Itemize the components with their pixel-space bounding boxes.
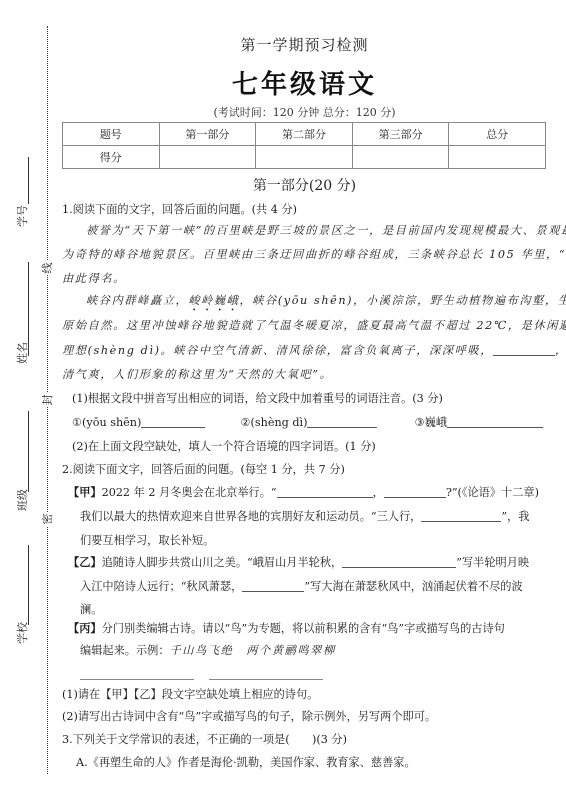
q2-bing-text: 分门别类编辑古诗。请以“鸟”为专题，将以前积累的含有“鸟”字或描写鸟的古诗句: [102, 622, 505, 635]
score-table-header-row: 题号 第一部分 第二部分 第三部分 总分: [63, 123, 546, 146]
score-header-cell: 总分: [449, 123, 546, 146]
q1-para2-text: ，令人神: [555, 344, 566, 357]
q3-option-a: A.《再塑生命的人》作者是海伦·凯勒，美国作家、教育家、慈善家。: [62, 756, 416, 770]
q1-para2-text: ，峡谷(yōu shēn)，小溪淙淙，野生动植物遍布沟壑，生态环境: [239, 294, 566, 307]
class-label: 班级: [16, 485, 30, 515]
q2-bing-example: 千山鸟飞绝 两个黄鹂鸣翠柳: [170, 644, 336, 657]
q2-bing-tag: 【丙】: [68, 622, 102, 635]
q1-item1-blank[interactable]: [141, 418, 205, 428]
school-label: 学校: [16, 618, 30, 648]
q2-jia-line2: 我们以最大的热情欢迎来自世界各地的宾朋好友和运动员。“三人行，”，我: [62, 510, 529, 524]
q2-jia-blank2[interactable]: [384, 488, 446, 498]
section-title: 第一部分(20 分): [62, 175, 547, 195]
q2-yi-text: ”写大海在萧瑟秋风中，汹涌起伏着不尽的波: [304, 580, 522, 593]
exam-title: 七年级语文: [62, 64, 547, 101]
q1-prompt: 1.阅读下面的文字，回答后面的问题。(共 4 分): [62, 203, 297, 217]
q2-jia-line3: 们要互相学习，取长补短。: [62, 534, 214, 548]
q1-item3-label: ③巍峨: [415, 416, 447, 429]
q2-bing-answer-blank2[interactable]: [209, 670, 323, 680]
seal-char-xian: 线: [42, 261, 54, 275]
q1-para2-line2: 原始自然。这里冲蚀峰谷地貌造就了气温冬暖夏凉，盛夏最高气温不超过 22℃，是休闲…: [62, 319, 566, 333]
q2-jia-blank3[interactable]: [421, 512, 501, 522]
q1-item2-label: ②(shèng dì): [240, 416, 307, 429]
score-cell-part3[interactable]: [352, 146, 449, 169]
student-id-line[interactable]: [28, 157, 29, 204]
binding-margin: 线 封 密 学号 姓名 班级 学校: [0, 0, 60, 800]
q1-item1-label: ①(yōu shēn): [72, 416, 141, 429]
q1-para2-line4: 清气爽，人们形象的称这里为“天然的大氧吧”。: [62, 368, 332, 382]
q2-bing-line2: 编辑起来。示例：千山鸟飞绝 两个黄鹂鸣翠柳: [62, 644, 336, 658]
score-header-cell: 第二部分: [256, 123, 353, 146]
q1-para1-line2: 为奇特的峰谷地貌景区。百里峡由三条迂回曲折的峰谷组成，三条峡谷总长 105 华里…: [62, 248, 566, 262]
q1-sub2: (2)在上面文段空缺处，填人一个符合语境的四字词语。(1 分): [62, 440, 376, 454]
q2-yi-text: 追随诗人脚步共赏山川之美。“峨眉山月半轮秋，: [102, 556, 343, 569]
q1-item2-blank[interactable]: [307, 418, 377, 428]
score-cell-part1[interactable]: [159, 146, 256, 169]
score-table: 题号 第一部分 第二部分 第三部分 总分 得分: [62, 122, 546, 169]
seal-char-mi: 密: [42, 512, 54, 526]
q2-yi-line1: 【乙】追随诗人脚步共赏山川之美。“峨眉山月半轮秋，”写半轮明月映: [62, 556, 529, 570]
q1-item3-blank[interactable]: [447, 418, 543, 428]
q1-para2-line3: 理想(shèng dì)。峡谷中空气清新、清风徐徐，富含负氧离子，深深呼吸，，令…: [62, 344, 566, 358]
q2-bing-text: 编辑起来。示例：: [80, 644, 170, 657]
q2-bing-answer-lines: [62, 668, 323, 682]
q2-yi-line2: 入江中陪诗人远行；“秋风萧瑟，”写大海在萧瑟秋风中，汹涌起伏着不尽的波: [62, 580, 523, 594]
q2-yi-tag: 【乙】: [68, 556, 102, 569]
q1-para2-line1: 峡谷内群峰矗立，峻岭巍峨，峡谷(yōu shēn)，小溪淙淙，野生动植物遍布沟壑…: [62, 294, 566, 314]
q2-jia-text: ，: [373, 486, 384, 499]
q1-para2-text: 理想(shèng dì)。峡谷中空气清新、清风徐徐，富含负氧离子，深深呼吸，: [62, 344, 493, 357]
q2-jia-text: 2022 年 2 月冬奥会在北京举行。“: [102, 486, 277, 499]
q2-yi-line3: 澜。: [62, 603, 102, 617]
q2-jia-blank1[interactable]: [277, 488, 373, 498]
q2-yi-text: ”写半轮明月映: [456, 556, 529, 569]
q1-para1-line1: 被誉为“天下第一峡”的百里峡是野三坡的景区之一，是目前国内发现规模最大、景观最: [62, 224, 566, 238]
q2-jia-line1: 【甲】2022 年 2 月冬奥会在北京举行。“，?”(《论语》十二章): [62, 486, 539, 500]
q2-yi-blank1[interactable]: [342, 558, 456, 568]
q2-yi-text: 入江中陪诗人远行；“秋风萧瑟，: [80, 580, 242, 593]
q1-sub1: (1)根据文段中拼音写出相应的词语，给文段中加着重号的词语注音。(3 分): [62, 392, 443, 406]
q2-yi-blank2[interactable]: [242, 582, 304, 592]
class-line[interactable]: [28, 411, 29, 492]
q2-sub1: (1)请在【甲】【乙】段文字空缺处填上相应的诗句。: [62, 688, 318, 702]
q1-sub1-items: ①(yōu shēn) ②(shèng dì) ③巍峨: [62, 416, 542, 430]
q1-fill-blank[interactable]: [493, 346, 555, 356]
q2-sub2: (2)请写出古诗词中含有“鸟”字或描写鸟的句子，除示例外，另写两个即可。: [62, 710, 436, 724]
q2-bing-answer-blank1[interactable]: [80, 670, 194, 680]
seal-char-feng: 封: [42, 393, 54, 407]
exam-info: (考试时间：120 分钟 总分：120 分): [62, 104, 547, 120]
q3-prompt: 3.下列关于文学常识的表述，不正确的一项是( )(3 分): [62, 733, 347, 747]
score-row-label: 得分: [63, 146, 160, 169]
q2-jia-text: 我们以最大的热情欢迎来自世界各地的宾朋好友和运动员。“三人行，: [80, 510, 421, 523]
q2-jia-text: ”，我: [501, 510, 529, 523]
school-line[interactable]: [28, 545, 29, 625]
score-header-cell: 第三部分: [352, 123, 449, 146]
q2-prompt: 2.阅读下面文字，回答后面的问题。(每空 1 分，共 7 分): [62, 463, 345, 477]
q2-bing-line1: 【丙】分门别类编辑古诗。请以“鸟”为专题，将以前积累的含有“鸟”字或描写鸟的古诗…: [62, 622, 505, 636]
student-id-label: 学号: [16, 201, 30, 231]
q1-para2-text: 峡谷内群峰矗立，: [86, 294, 188, 307]
score-cell-part2[interactable]: [256, 146, 353, 169]
q2-jia-tag: 【甲】: [68, 486, 102, 499]
score-table-row: 得分: [63, 146, 546, 169]
score-header-cell: 题号: [63, 123, 160, 146]
score-header-cell: 第一部分: [159, 123, 256, 146]
score-cell-total[interactable]: [449, 146, 546, 169]
q1-para1-line3: 由此得名。: [62, 272, 126, 286]
emphasized-word: 峻岭巍峨: [188, 294, 239, 307]
student-name-label: 姓名: [16, 338, 30, 368]
q2-jia-text: ?”(《论语》十二章): [446, 486, 539, 499]
exam-subtitle: 第一学期预习检测: [62, 34, 547, 55]
